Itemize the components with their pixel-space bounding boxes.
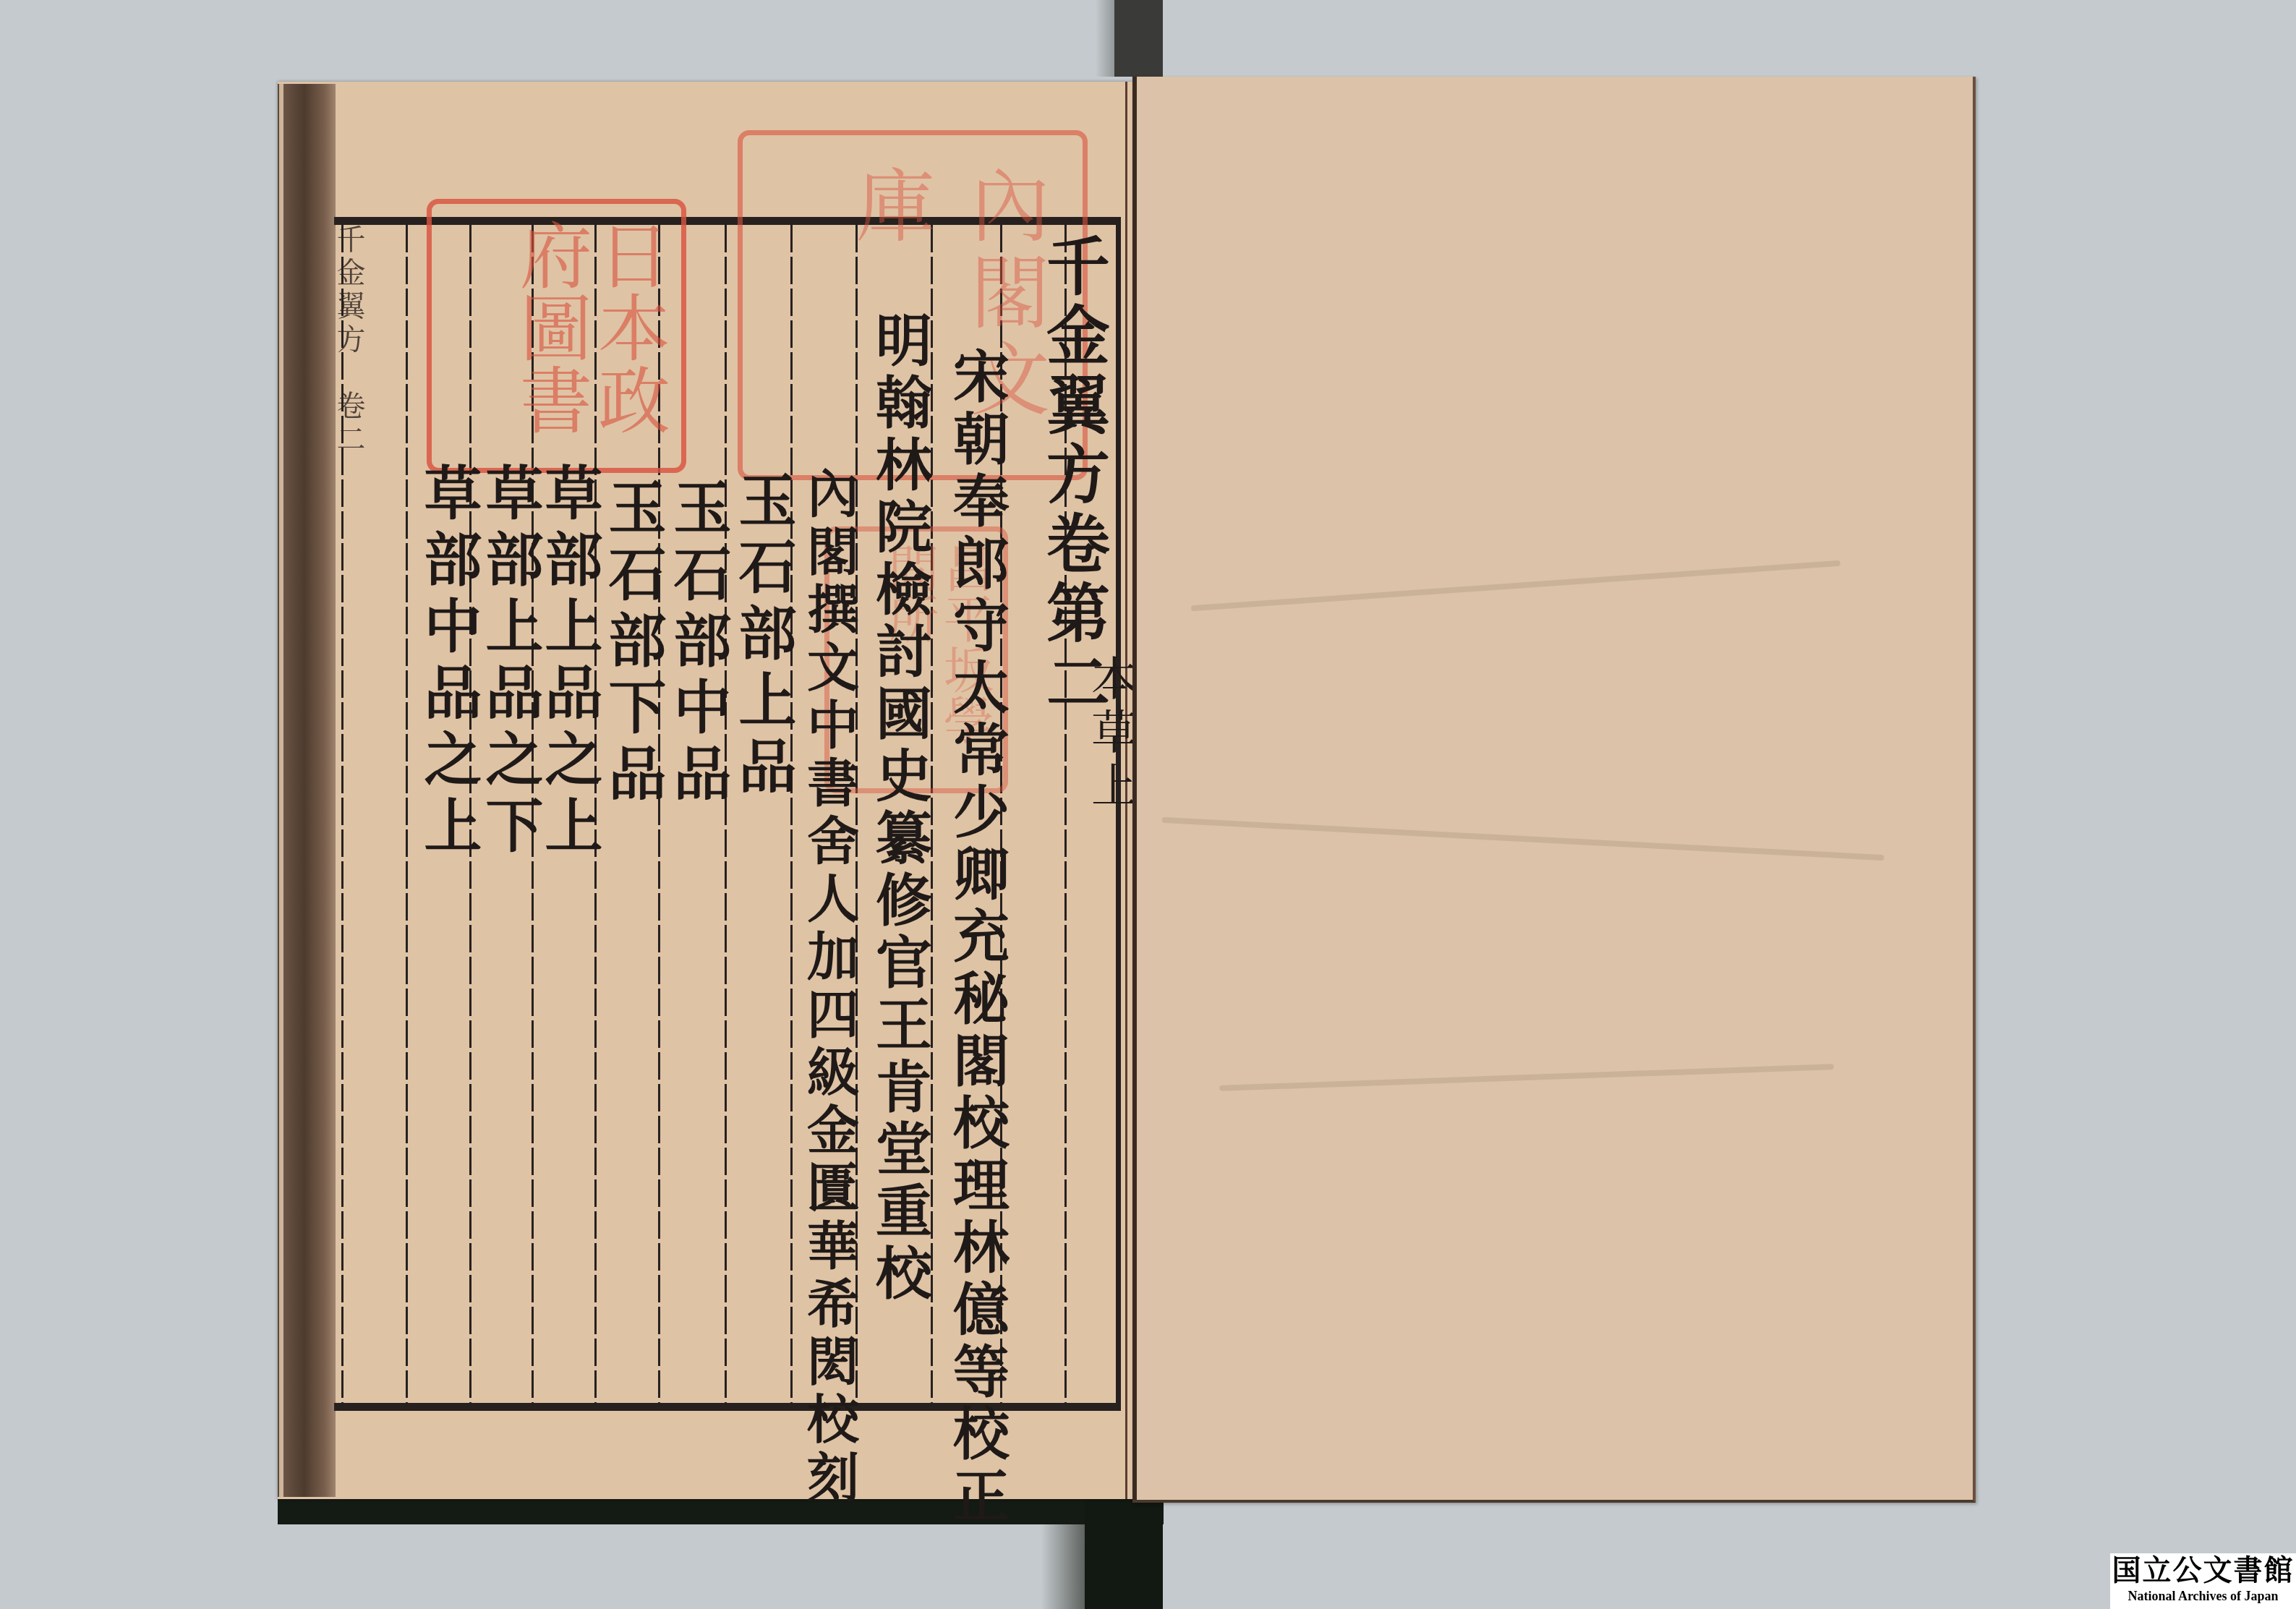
binding-tie-bottom [1085,1495,1163,1609]
column-divider [406,225,408,1403]
toc-item: 草部中品之上 [416,463,481,862]
column-divider [341,225,343,1403]
shadow [1096,0,1116,77]
toc-item: 玉石部上品 [730,470,795,803]
page-gutter [1132,77,1137,1500]
paper-crease [1161,817,1884,861]
editor-line-3: 內閣撰文中書舍人加四級金匱華希閎校刻 [798,466,860,1508]
right-page-blank [1132,77,1976,1503]
archive-logo: 国立公文書館 National Archives of Japan [2110,1553,2296,1609]
column-divider [725,225,727,1403]
paper-crease [1191,560,1840,612]
binding-tie-top [1114,0,1163,77]
editor-line-1: 宋朝奉郎守太常少卿充秘閣校理林億等校正 [944,347,1009,1529]
paper-crease [1219,1064,1834,1091]
logo-japanese: 国立公文書館 [2110,1553,2296,1588]
logo-english: National Archives of Japan [2110,1588,2296,1604]
book-title: 千金翼方卷第二 [1034,233,1114,719]
shadow [1041,1524,1086,1609]
toc-item: 玉石部中品 [665,477,730,810]
toc-item: 玉石部下品 [600,477,665,810]
fore-edge-title: 千金翼方 卷二 [340,224,369,457]
book-shadow [278,1495,1164,1524]
toc-item: 草部上品之下 [477,463,542,862]
toc-item: 草部上品之上 [537,463,602,862]
seal-left: 日本政府圖書 [427,199,686,473]
section-label: 本草上 [1081,654,1139,815]
editor-line-2: 明翰林院檢討國史纂修官王肯堂重校 [866,311,931,1306]
